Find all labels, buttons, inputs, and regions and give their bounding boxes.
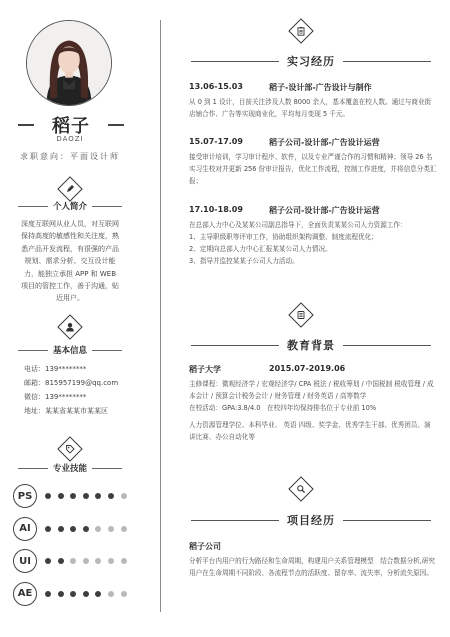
skill-row-ui: UI — [13, 550, 133, 572]
candidate-pinyin: DAOZI — [0, 135, 140, 143]
skill-level-dot — [58, 558, 64, 564]
contact-section-title: 基本信息 — [18, 344, 122, 356]
skill-level-dot — [108, 493, 114, 499]
portrait-image — [27, 21, 111, 105]
avatar-photo — [26, 20, 112, 106]
skill-level-dot — [70, 493, 76, 499]
skill-level-dot — [70, 558, 76, 564]
skill-level-dot — [121, 558, 127, 564]
skill-badge: PS — [13, 484, 37, 508]
education-desc: 主修课程：微观经济学 / 宏观经济学/ CPA 税法 / 税收筹划 / 中国税制… — [189, 378, 437, 443]
skill-level-dot — [45, 493, 51, 499]
skill-level-dot — [95, 493, 101, 499]
name-dash-left — [18, 124, 34, 125]
skill-level-dot — [121, 526, 127, 532]
skill-row-ai: AI — [13, 518, 133, 540]
honors: 人力资源管理学位、本科毕业、 英语 四级、奖学金、优秀学生干部、优秀团员、演讲比… — [189, 419, 437, 443]
pen-icon — [65, 184, 75, 194]
contact-icon-frame — [57, 314, 82, 339]
skill-level-dot — [45, 558, 51, 564]
contact-address: 地址：某某省某某市某某区 — [24, 404, 118, 418]
skill-level-dot — [83, 558, 89, 564]
search-icon — [296, 484, 306, 494]
job-intent: 求职意向：平面设计师 — [20, 151, 120, 162]
clipboard-icon — [296, 26, 306, 36]
skills-icon-frame — [57, 436, 82, 461]
document-icon — [296, 310, 306, 320]
contact-phone: 电话：139******** — [24, 362, 118, 376]
skill-level-dot — [83, 591, 89, 597]
skill-level-dot — [108, 526, 114, 532]
skill-level-dot — [83, 526, 89, 532]
skill-row-ae: AE — [13, 583, 133, 605]
projects-section-title: 项目经历 — [191, 512, 431, 528]
courses: 主修课程：微观经济学 / 宏观经济学/ CPA 税法 / 税收筹划 / 中国税制… — [189, 378, 437, 402]
project-company: 稻子公司 — [189, 541, 221, 552]
internship-entry-3-header: 17.10-18.09 稻子公司-设计部-广告设计运营 — [189, 205, 380, 216]
skill-badge: AE — [13, 582, 37, 606]
education-section-title: 教育背景 — [191, 337, 431, 353]
projects-icon-frame — [288, 476, 313, 501]
skill-row-ps: PS — [13, 485, 133, 507]
column-divider — [160, 20, 161, 612]
internship-icon-frame — [288, 18, 313, 43]
user-icon — [65, 322, 75, 332]
internship-entry-3-desc: 在总部人力中心及某某公司副总指导下，全面负责某某公司人力资源工作： 1、主导职级… — [189, 219, 437, 267]
contact-wechat: 微信：139******** — [24, 390, 118, 404]
education-icon-frame — [288, 302, 313, 327]
skills-section-title: 专业技能 — [18, 462, 122, 474]
skill-level-dot — [70, 526, 76, 532]
internship-entry-2-desc: 接受审计培训，学习审计程序、软件，以及专业严谨合作的习惯和精神；领导 26 名实… — [189, 151, 437, 187]
internship-section-title: 实习经历 — [191, 53, 431, 69]
activities: 在校活动：GPA:3.8/4.0 在校四年均保持排名位于专业前 10% — [189, 402, 437, 414]
skill-level-dot — [45, 526, 51, 532]
internship-entry-1-desc: 从 0 到 1 设计，目前关注涉及人数 8000 余人，基本覆盖在校人数。通过与… — [189, 96, 437, 120]
skill-level-dot — [45, 591, 51, 597]
intro-section-title: 个人简介 — [18, 200, 122, 212]
contact-email: 邮箱：815957199@qq.com — [24, 376, 118, 390]
skill-level-dot — [108, 558, 114, 564]
skill-level-dot — [108, 591, 114, 597]
skill-level-dot — [95, 526, 101, 532]
skill-level-dot — [58, 493, 64, 499]
internship-entry-2-header: 15.07-17.09 稻子公司-设计部-广告设计运营 — [189, 137, 380, 148]
skill-level-dot — [58, 526, 64, 532]
skill-level-dot — [83, 493, 89, 499]
skill-level-dot — [121, 591, 127, 597]
education-header: 稻子大学 2015.07-2019.06 — [189, 364, 345, 375]
tag-icon — [65, 444, 75, 454]
internship-entry-1-header: 13.06-15.03 稻子-设计部-广告设计与制作 — [189, 82, 372, 93]
skill-level-dot — [121, 493, 127, 499]
skill-level-dot — [95, 558, 101, 564]
intro-icon-frame — [57, 176, 82, 201]
school-name: 稻子大学 — [189, 364, 269, 375]
education-dates: 2015.07-2019.06 — [269, 364, 345, 375]
skill-level-dot — [58, 591, 64, 597]
name-dash-right — [108, 124, 124, 125]
project-desc: 分析平台内用户的行为路径和生命周期，构建用户关系管理模型 结合数据分析,研究用户… — [189, 555, 437, 579]
skill-level-dot — [95, 591, 101, 597]
skill-badge: UI — [13, 549, 37, 573]
skill-level-dot — [70, 591, 76, 597]
skill-badge: AI — [13, 517, 37, 541]
skills-list: PSAIUIAE — [13, 485, 133, 615]
contact-list: 电话：139******** 邮箱：815957199@qq.com 微信：13… — [24, 362, 118, 418]
intro-text: 深度互联网从业人员，对互联网保持高度的敏感性和关注度，熟悉产品开发流程，有很强的… — [20, 218, 120, 305]
